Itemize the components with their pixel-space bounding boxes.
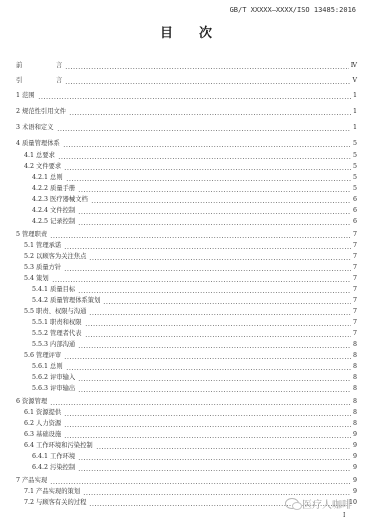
toc-entry-label: 5.5.2 管理者代表 <box>32 329 83 339</box>
toc-entry-page: 9 <box>353 487 357 497</box>
toc-entry-label: 6.4 工作环境和污染控制 <box>24 441 94 451</box>
toc-entry-page: 7 <box>353 230 357 240</box>
dot-leader <box>83 494 351 495</box>
toc-entry-label: 6.1 资源提供 <box>24 408 62 418</box>
toc-entry[interactable]: 前言Ⅳ <box>16 61 357 71</box>
toc-entry-label: 4.2.3 医疗器械文档 <box>32 195 89 205</box>
toc-entry[interactable]: 5.6.3 评审输出8 <box>32 384 357 394</box>
toc-entry-label: 4.2.1 总则 <box>32 173 64 183</box>
toc-entry-label: 1 范围 <box>16 91 36 101</box>
toc-entry[interactable]: 3 术语和定义1 <box>16 123 357 133</box>
dot-leader <box>38 98 351 99</box>
toc-entry-label: 6.4.2 污染控制 <box>32 463 76 473</box>
dot-leader <box>50 483 351 484</box>
toc-entry-label: 5.5.1 职责和权限 <box>32 318 83 328</box>
toc-entry-label: 6.4.1 工作环境 <box>32 452 76 462</box>
toc-entry-page: 9 <box>353 463 357 473</box>
dot-leader <box>89 314 351 315</box>
toc-entry[interactable]: 6.2 人力资源8 <box>24 419 357 429</box>
toc-entry[interactable]: 5.4.2 质量管理体系策划7 <box>32 296 357 306</box>
toc-entry[interactable]: 4.1 总要求5 <box>24 151 357 161</box>
toc-entry[interactable]: 1 范围1 <box>16 91 357 101</box>
toc-entry[interactable]: 6.4.1 工作环境9 <box>32 452 357 462</box>
toc-entry[interactable]: 引言Ⅴ <box>16 76 357 86</box>
toc-entry[interactable]: 6.4.2 污染控制9 <box>32 463 357 473</box>
dot-leader <box>85 336 351 337</box>
dot-leader <box>66 369 351 370</box>
toc-entry-label: 言 <box>56 61 63 71</box>
dot-leader <box>69 114 351 115</box>
toc-entry-label: 6.3 基础设施 <box>24 430 62 440</box>
toc-entry-page: 7 <box>353 307 357 317</box>
toc-entry-label: 5.4 策划 <box>24 274 50 284</box>
chat-bubble-icon <box>285 498 299 509</box>
dot-leader <box>96 448 351 449</box>
toc-entry-page: 9 <box>353 476 357 486</box>
toc-entry-page: 1 <box>353 107 357 117</box>
toc-entry[interactable]: 5.1 管理承诺7 <box>24 241 357 251</box>
toc-entry-page: 8 <box>353 397 357 407</box>
toc-entry-label: 5.6.2 评审输入 <box>32 373 76 383</box>
dot-leader <box>78 213 351 214</box>
dot-leader <box>78 459 351 460</box>
toc-entry[interactable]: 6.1 资源提供8 <box>24 408 357 418</box>
toc-entry-page: 8 <box>353 419 357 429</box>
dot-leader <box>64 426 351 427</box>
toc-entry-label: 引 <box>16 76 56 86</box>
toc-entry-label: 3 术语和定义 <box>16 123 55 133</box>
dot-leader <box>65 83 350 84</box>
dot-leader <box>78 191 351 192</box>
dot-leader <box>64 358 351 359</box>
toc-entry-label: 5.6.1 总则 <box>32 362 64 372</box>
toc-entry[interactable]: 2 规范性引用文件1 <box>16 107 357 117</box>
toc-entry[interactable]: 5.6.1 总则8 <box>32 362 357 372</box>
toc-entry[interactable]: 5 管理职责7 <box>16 230 357 240</box>
toc-entry[interactable]: 5.5.1 职责和权限7 <box>32 318 357 328</box>
toc-entry-label: 6 资源管理 <box>16 397 48 407</box>
toc-entry[interactable]: 5.5 职责、权限与沟通7 <box>24 307 357 317</box>
toc-entry[interactable]: 4.2.4 文件控制6 <box>32 206 357 216</box>
toc-entry[interactable]: 4.2.1 总则5 <box>32 173 357 183</box>
dot-leader <box>91 202 351 203</box>
dot-leader <box>64 169 351 170</box>
toc-entry-page: 6 <box>353 206 357 216</box>
dot-leader <box>64 415 351 416</box>
toc-entry-page: 7 <box>353 318 357 328</box>
toc-entry[interactable]: 4.2.5 记录控制6 <box>32 217 357 227</box>
toc-entry-page: 7 <box>353 296 357 306</box>
toc-entry[interactable]: 4 质量管理体系5 <box>16 139 357 149</box>
toc-entry-page: 8 <box>353 384 357 394</box>
dot-leader <box>50 237 351 238</box>
toc-entry-label: 5.5 职责、权限与沟通 <box>24 307 87 317</box>
toc-entry-label: 5.2 以顾客为关注焦点 <box>24 252 87 262</box>
toc-entry-page: Ⅴ <box>352 76 357 86</box>
toc-entry-label: 5.6 管理评审 <box>24 351 62 361</box>
toc-entry-page: 1 <box>353 91 357 101</box>
dot-leader <box>78 347 351 348</box>
toc-entry-label: 7.2 与顾客有关的过程 <box>24 498 87 508</box>
toc-entry-page: 7 <box>353 252 357 262</box>
toc-entry-page: 9 <box>353 452 357 462</box>
toc-entry[interactable]: 5.5.2 管理者代表7 <box>32 329 357 339</box>
toc-entry-page: 7 <box>353 263 357 273</box>
toc-entry[interactable]: 4.2.2 质量手册5 <box>32 184 357 194</box>
toc-entry-label: 前 <box>16 61 56 71</box>
toc-entry[interactable]: 5.4 策划7 <box>24 274 357 284</box>
watermark: 医疗人咖啡 <box>285 496 352 511</box>
toc-entry-page: 7 <box>353 241 357 251</box>
toc-entry[interactable]: 5.4.1 质量目标7 <box>32 285 357 295</box>
toc-entry[interactable]: 5.6 管理评审8 <box>24 351 357 361</box>
toc-entry[interactable]: 4.2.3 医疗器械文档6 <box>32 195 357 205</box>
toc-entry-label: 言 <box>56 76 63 86</box>
dot-leader <box>66 180 351 181</box>
toc-entry[interactable]: 6 资源管理8 <box>16 397 357 407</box>
dot-leader <box>50 404 351 405</box>
dot-leader <box>78 470 351 471</box>
dot-leader <box>78 292 351 293</box>
dot-leader <box>64 270 351 271</box>
toc-entry-page: 8 <box>353 351 357 361</box>
toc-entry[interactable]: 6.4 工作环境和污染控制9 <box>24 441 357 451</box>
toc-entry-label: 7 产品实现 <box>16 476 48 486</box>
toc-entry-page: 5 <box>353 173 357 183</box>
toc-entry-label: 5.1 管理承诺 <box>24 241 62 251</box>
toc-entry[interactable]: 5.2 以顾客为关注焦点7 <box>24 252 357 262</box>
dot-leader <box>52 281 351 282</box>
dot-leader <box>78 380 351 381</box>
toc-entry-page: Ⅳ <box>351 61 357 71</box>
toc-entry-label: 5 管理职责 <box>16 230 48 240</box>
dot-leader <box>57 130 351 131</box>
toc-entry-label: 7.1 产品实现的策划 <box>24 487 81 497</box>
toc-entry-label: 5.4.2 质量管理体系策划 <box>32 296 101 306</box>
toc-entry-page: 5 <box>353 139 357 149</box>
toc-entry-page: 5 <box>353 184 357 194</box>
toc-entry-label: 5.6.3 评审输出 <box>32 384 76 394</box>
page-number: Ⅰ <box>343 512 345 519</box>
toc-entry-page: 5 <box>353 162 357 172</box>
toc-entry-label: 5.5.3 内部沟通 <box>32 340 76 350</box>
toc-entry-page: 7 <box>353 329 357 339</box>
toc-entry-page: 8 <box>353 373 357 383</box>
toc-entry[interactable]: 7 产品实现9 <box>16 476 357 486</box>
toc-entry-label: 4.1 总要求 <box>24 151 56 161</box>
dot-leader <box>85 325 351 326</box>
toc-entry-label: 4.2.2 质量手册 <box>32 184 76 194</box>
dot-leader <box>64 437 351 438</box>
toc-entry-label: 5.3 质量方针 <box>24 263 62 273</box>
toc-entry[interactable]: 5.3 质量方针7 <box>24 263 357 273</box>
dot-leader <box>64 248 351 249</box>
dot-leader <box>78 224 351 225</box>
toc-entry-page: 8 <box>353 408 357 418</box>
toc-entry-label: 4.2.4 文件控制 <box>32 206 76 216</box>
toc-entry-label: 6.2 人力资源 <box>24 419 62 429</box>
toc-entry-page: 1 <box>353 123 357 133</box>
toc-entry-page: 7 <box>353 274 357 284</box>
toc-entry[interactable]: 6.3 基础设施9 <box>24 430 357 440</box>
toc-entry[interactable]: 5.5.3 内部沟通8 <box>32 340 357 350</box>
toc-entry-page: 6 <box>353 195 357 205</box>
dot-leader <box>103 303 351 304</box>
toc-entry-label: 4.2 文件要求 <box>24 162 62 172</box>
toc-entry-page: 9 <box>353 430 357 440</box>
toc-entry[interactable]: 5.6.2 评审输入8 <box>32 373 357 383</box>
toc-entry[interactable]: 4.2 文件要求5 <box>24 162 357 172</box>
toc-entry-label: 4.2.5 记录控制 <box>32 217 76 227</box>
toc-entry-page: 6 <box>353 217 357 227</box>
toc-entry-label: 5.4.1 质量目标 <box>32 285 76 295</box>
toc-entry-label: 4 质量管理体系 <box>16 139 61 149</box>
dot-leader <box>78 391 351 392</box>
dot-leader <box>89 259 351 260</box>
toc-entry-page: 8 <box>353 362 357 372</box>
toc-entry-page: 7 <box>353 285 357 295</box>
toc-entry-label: 2 规范性引用文件 <box>16 107 67 117</box>
watermark-text: 医疗人咖啡 <box>302 496 352 511</box>
table-of-contents: 前言Ⅳ引言Ⅴ1 范围12 规范性引用文件13 术语和定义14 质量管理体系54.… <box>0 0 372 522</box>
toc-entry-page: 5 <box>353 151 357 161</box>
dot-leader <box>63 146 351 147</box>
toc-entry-page: 9 <box>353 441 357 451</box>
toc-entry-page: 8 <box>353 340 357 350</box>
dot-leader <box>58 158 351 159</box>
dot-leader <box>65 68 348 69</box>
